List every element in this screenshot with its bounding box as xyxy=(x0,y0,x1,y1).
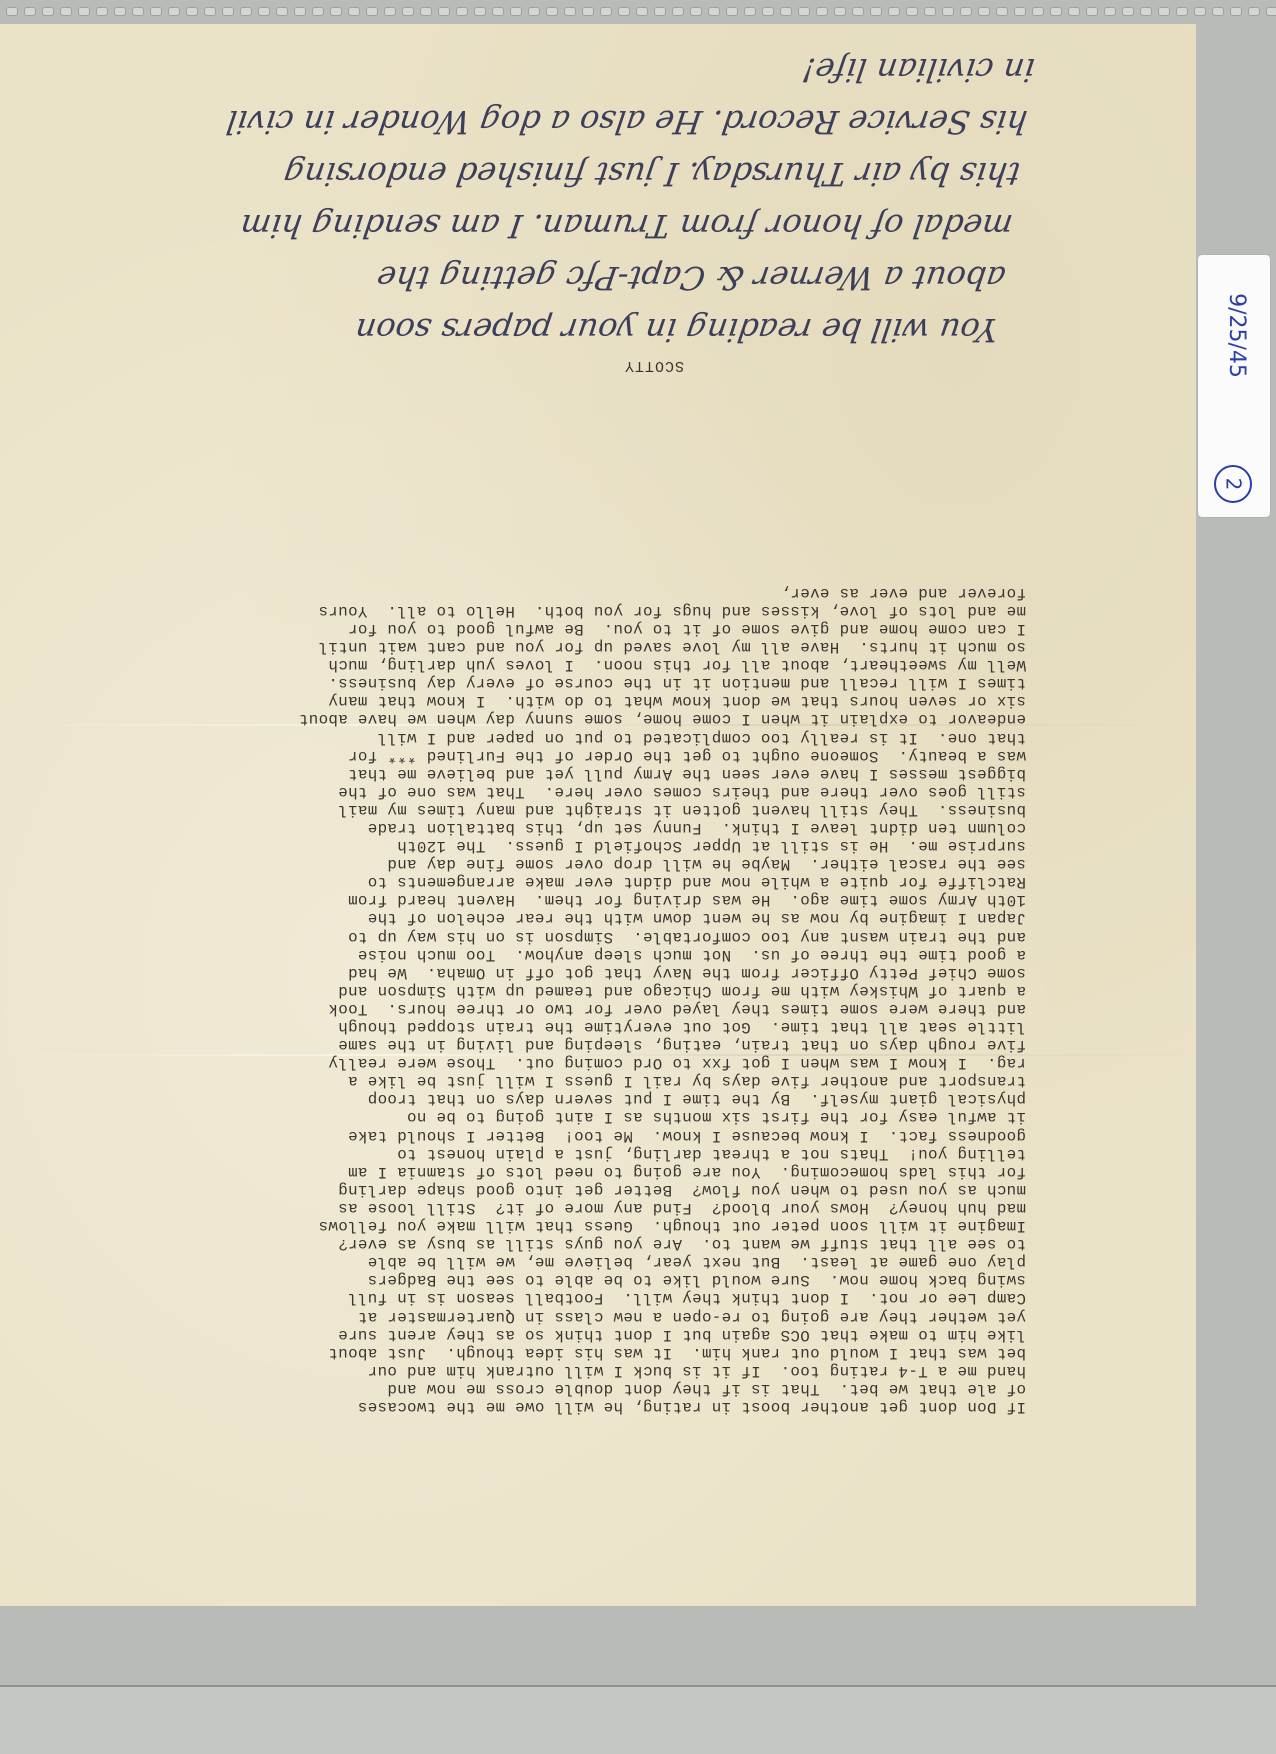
typed-line: column ten didnt leave I think. Funny se… xyxy=(66,819,1026,837)
typed-line: surprise me. He is still at Upper Schofi… xyxy=(66,837,1026,855)
typed-line: it awful easy for the first six months a… xyxy=(66,1108,1026,1126)
typed-line: much as you used to when you flow? Bette… xyxy=(66,1181,1026,1199)
handwritten-line: his Service Record. He also a dog Wonder… xyxy=(23,96,1030,148)
typed-line: so much it hurts. Have all my love saved… xyxy=(66,638,1026,656)
typed-line: still goes over there and theirs comes o… xyxy=(66,783,1026,801)
typed-line: goodness fact. I know because I know. Me… xyxy=(66,1127,1026,1145)
signature: SCOTTY xyxy=(624,357,684,374)
typed-line: like him to make that OCS again but I do… xyxy=(66,1326,1026,1344)
handwritten-line: about a Werner & Capt-Pfc getting the xyxy=(1,252,1008,304)
typed-line: times I will recall and mention it in th… xyxy=(66,674,1026,692)
typed-line: that one. It is really too complicated t… xyxy=(66,728,1026,746)
typed-line: telling you! Thats not a threat darling,… xyxy=(66,1145,1026,1163)
typed-line: biggest messes I have ever seen the Army… xyxy=(66,765,1026,783)
typed-line: little seat all that time. Got out every… xyxy=(66,1018,1026,1036)
handwritten-line: this by air Thursday. I just finished en… xyxy=(16,148,1023,200)
typed-letter-body: If Don dont get another boost in rating,… xyxy=(66,584,1026,1416)
typed-line: to see all that stuff we want to. Are yo… xyxy=(66,1235,1026,1253)
typed-line: bet was that I would out rank him. It wa… xyxy=(66,1344,1026,1362)
typed-line: Ratcliffe for quite a while now and didn… xyxy=(66,873,1026,891)
typed-line: and the train wasnt any too comfortable.… xyxy=(66,927,1026,945)
typed-line: a good time the three of us. Not much sl… xyxy=(66,946,1026,964)
typed-line: of ale that we bet. That is if they dont… xyxy=(66,1380,1026,1398)
sleeve-perforations xyxy=(0,4,1276,18)
typed-line: hand me a T-4 rating too. If it is buck … xyxy=(66,1362,1026,1380)
typed-line: I can come home and give some of it to y… xyxy=(66,620,1026,638)
typed-line: me and lots of love, kisses and hugs for… xyxy=(66,602,1026,620)
page-number-badge: 2 xyxy=(1214,465,1252,503)
typed-line: mad huh honey? Hows your blood? Find any… xyxy=(66,1199,1026,1217)
rotated-content: If Don dont get another boost in rating,… xyxy=(0,24,1196,1606)
typed-line: play one game at least. But next year, b… xyxy=(66,1253,1026,1271)
typed-line: business. They still havent gotten it st… xyxy=(66,801,1026,819)
typed-line: Imagine it will soon peter out though. G… xyxy=(66,1217,1026,1235)
archive-date: 9/25/45 xyxy=(1206,275,1266,395)
typed-line: 10th Army some time ago. He was driving … xyxy=(66,891,1026,909)
typed-line: for this lads homecoming. You are going … xyxy=(66,1163,1026,1181)
handwritten-postscript: You will be reading in your papers soona… xyxy=(0,44,1038,356)
handwritten-line: You will be reading in your papers soon xyxy=(0,304,1001,356)
typed-line: see the rascal either. Maybe he will dro… xyxy=(66,855,1026,873)
typed-line: a quart of Whiskey with me from Chicago … xyxy=(66,982,1026,1000)
typed-line: endeavor to explain it when I come home,… xyxy=(66,710,1026,728)
typed-line: six or seven hours that we dont know wha… xyxy=(66,692,1026,710)
typed-line: transport and another five days by rail … xyxy=(66,1072,1026,1090)
typed-line: Well my sweetheart, about all for this n… xyxy=(66,656,1026,674)
typed-line: and there were some times they layed ove… xyxy=(66,1000,1026,1018)
archive-tag: 9/25/45 2 xyxy=(1198,255,1270,517)
typed-line: some Chief Petty Officer from the Navy t… xyxy=(66,964,1026,982)
letter-page: If Don dont get another boost in rating,… xyxy=(0,24,1196,1606)
handwritten-line: in civilian life! xyxy=(31,44,1038,96)
typed-line: Japan I imagine by now as he went down w… xyxy=(66,909,1026,927)
typed-line: Camp Lee or not. I dont think they will.… xyxy=(66,1289,1026,1307)
typed-line: swing back home now. Sure would like to … xyxy=(66,1271,1026,1289)
typed-line: five rough days on that train, eating, s… xyxy=(66,1036,1026,1054)
typed-line: rag. I know I was when I got fxx to Ord … xyxy=(66,1054,1026,1072)
typed-line: physical giant myself. By the time I put… xyxy=(66,1090,1026,1108)
typed-line: was a beauty. Someone ought to get the O… xyxy=(66,747,1026,765)
handwritten-line: medal of honor from Truman. I am sending… xyxy=(9,200,1016,252)
typed-line: forever and ever as ever, xyxy=(66,584,1026,602)
typed-line: If Don dont get another boost in rating,… xyxy=(66,1398,1026,1416)
typed-line: yet wether they are going to re-open a n… xyxy=(66,1307,1026,1325)
